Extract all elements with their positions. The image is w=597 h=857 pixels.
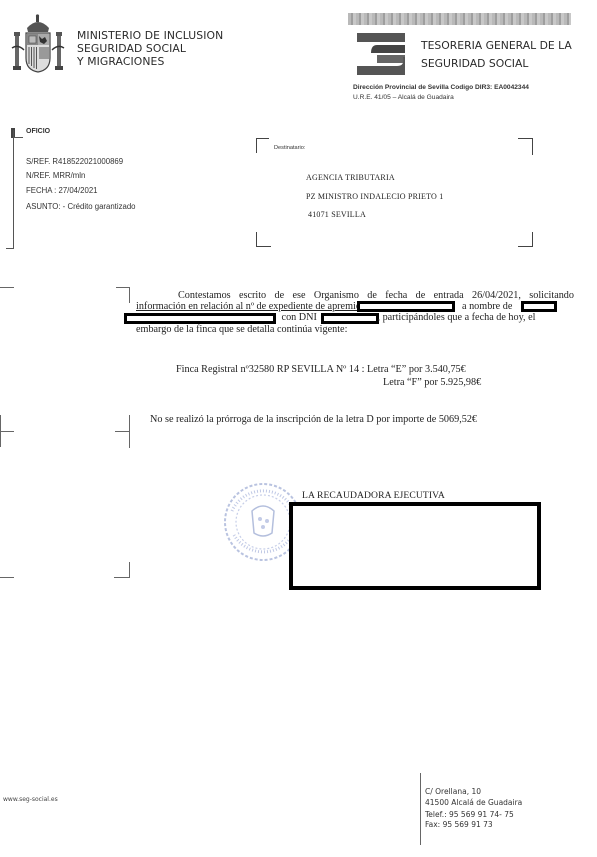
s-ref: S/REF. R418522021000869 <box>26 157 123 166</box>
spain-coat-of-arms-icon <box>10 14 66 78</box>
crop-mark <box>256 138 269 153</box>
crop-mark <box>116 287 130 288</box>
oficio-bracket-bottom <box>6 248 14 249</box>
oficio-bracket-top <box>13 137 23 138</box>
ministry-line-3: Y MIGRACIONES <box>77 55 223 68</box>
direccion-provincial: Dirección Provincial de Sevilla Codigo D… <box>353 84 529 91</box>
body-con-dni: con DNI <box>282 312 317 323</box>
asunto: ASUNTO: - Crédito garantizado <box>26 202 136 211</box>
crop-mark <box>129 562 130 578</box>
destinatario-label: Destinatario: <box>274 145 305 151</box>
crop-mark <box>518 138 533 155</box>
ure-label: U.R.E. 41/05 – Alcalá de Guadaira <box>353 94 454 101</box>
footer-address: C/ Orellana, 10 41500 Alcalá de Guadaira… <box>425 786 522 829</box>
footer-phone: Telef.: 95 569 91 74- 75 <box>425 810 522 820</box>
crop-mark <box>115 431 130 432</box>
finca-line-f: Letra “F” por 5.925,98€ <box>383 377 481 388</box>
body-embargo: embargo de la finca que se detalla conti… <box>136 324 347 335</box>
tgss-line-2: SEGURIDAD SOCIAL <box>421 55 572 73</box>
footer-street: C/ Orellana, 10 <box>425 786 522 797</box>
oficio-bracket <box>13 130 14 248</box>
redacted-dni <box>321 313 379 324</box>
n-ref: N/REF. MRR/mln <box>26 171 85 180</box>
finca-line-e: Finca Registral nº32580 RP SEVILLA Nº 14… <box>176 364 466 375</box>
body-intro: Contestamos escrito de ese Organismo de … <box>178 290 574 301</box>
redacted-expediente-number <box>357 301 455 312</box>
signer-title: LA RECAUDADORA EJECUTIVA <box>302 490 445 501</box>
body-expediente-text: información en relación al nº de expedie… <box>136 301 361 312</box>
recipient-city: 41071 SEVILLA <box>308 210 366 219</box>
crop-mark <box>0 431 14 432</box>
recipient-street: PZ MINISTRO INDALECIO PRIETO 1 <box>306 192 443 201</box>
fecha: FECHA : 27/04/2021 <box>26 186 98 195</box>
oficio-title: OFICIO <box>26 128 50 135</box>
crop-mark <box>129 287 130 303</box>
redacted-signature <box>289 502 541 590</box>
body-participandoles: , participándoles que a fecha de hoy, el <box>377 312 535 323</box>
crop-mark <box>114 577 130 578</box>
ministry-name: MINISTERIO DE INCLUSION SEGURIDAD SOCIAL… <box>77 29 223 68</box>
redacted-debtor-name <box>124 313 276 324</box>
redacted-name-part <box>521 301 557 312</box>
tgss-name: TESORERIA GENERAL DE LA SEGURIDAD SOCIAL <box>421 37 572 73</box>
footer-city: 41500 Alcalá de Guadaira <box>425 797 522 808</box>
footer-divider <box>420 773 421 845</box>
crop-mark <box>0 287 14 288</box>
prorroga-text: No se realizó la prórroga de la inscripc… <box>150 414 477 425</box>
ministry-line-2: SEGURIDAD SOCIAL <box>77 42 223 55</box>
tgss-banner <box>348 13 571 25</box>
crop-mark <box>0 415 1 447</box>
body-paragraph: Contestamos escrito de ese Organismo de … <box>138 290 574 335</box>
crop-mark <box>129 415 130 448</box>
recipient-name: AGENCIA TRIBUTARIA <box>306 173 395 182</box>
crop-mark <box>0 577 14 578</box>
ministry-line-1: MINISTERIO DE INCLUSION <box>77 29 223 42</box>
tgss-line-1: TESORERIA GENERAL DE LA <box>421 37 572 55</box>
website-link[interactable]: www.seg-social.es <box>3 796 58 803</box>
body-a-nombre: a nombre de <box>462 301 512 312</box>
footer-fax: Fax: 95 569 91 73 <box>425 820 522 830</box>
crop-mark <box>256 232 271 247</box>
tgss-logo-icon <box>357 33 407 75</box>
crop-mark <box>518 232 533 247</box>
